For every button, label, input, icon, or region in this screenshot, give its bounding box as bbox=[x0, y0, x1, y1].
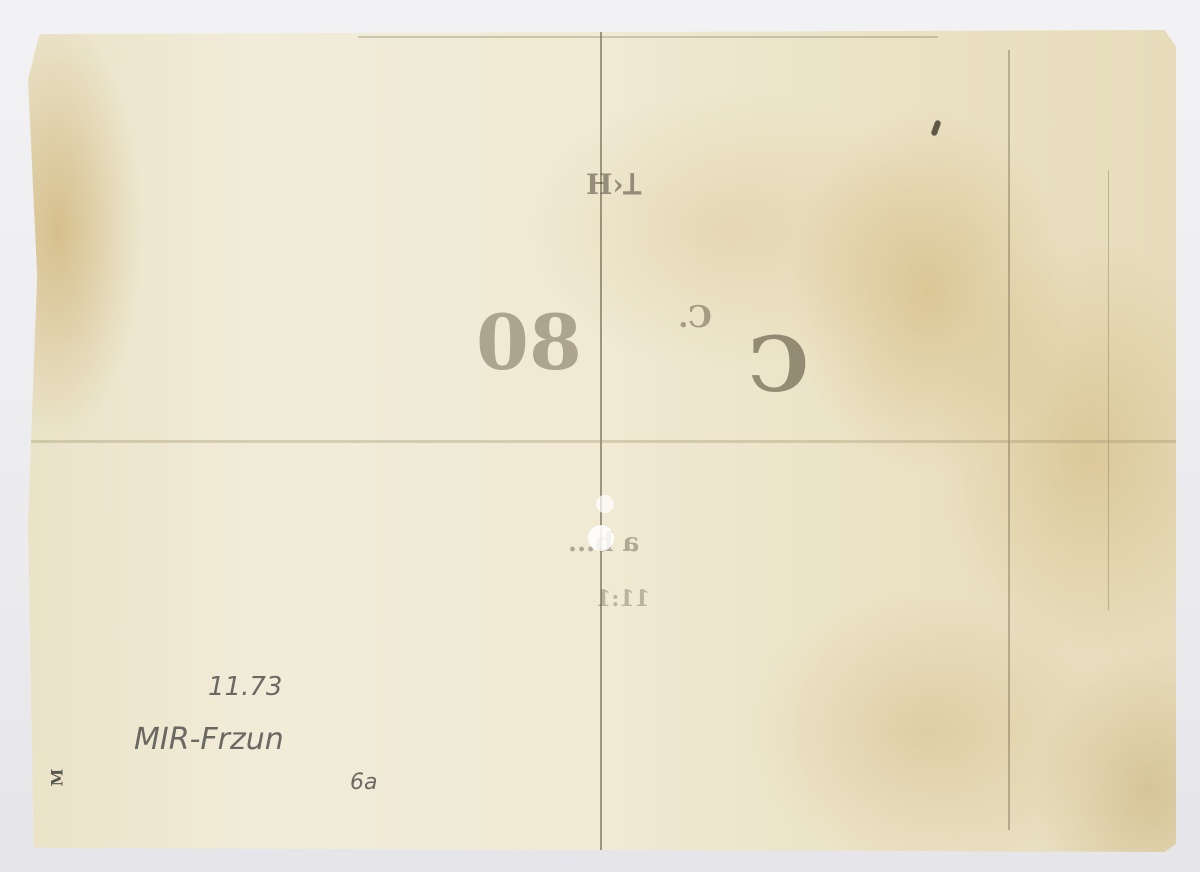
banknote-paper: ꓕ‹H 80 C. C a b... 11:1 11.73 MIR-Frzun … bbox=[28, 30, 1176, 852]
mirrored-denomination-left: 80 bbox=[476, 298, 582, 387]
paper-wear-spot bbox=[588, 525, 614, 551]
pencil-note-line2: MIR-Frzun bbox=[134, 722, 284, 757]
edge-stamp-mark: M bbox=[47, 769, 66, 787]
mirrored-lower-small-text: 11:1 bbox=[596, 586, 650, 612]
far-right-line bbox=[1108, 170, 1109, 610]
top-border-line bbox=[358, 36, 938, 38]
paper-wear-spot-small bbox=[596, 495, 614, 513]
pencil-note-line3: 6a bbox=[350, 770, 377, 795]
ink-mark bbox=[930, 119, 941, 136]
mirrored-header-text: ꓕ‹H bbox=[586, 168, 641, 201]
horizontal-fold-line bbox=[28, 440, 1176, 443]
pencil-note-line1: 11.73 bbox=[208, 672, 282, 702]
mirrored-denomination-prefix: C. bbox=[678, 300, 712, 335]
mirrored-denomination-letter: C bbox=[748, 320, 809, 409]
